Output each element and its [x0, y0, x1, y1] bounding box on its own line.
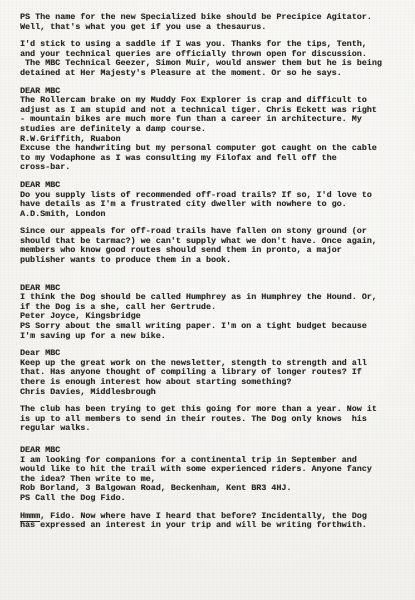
reply-specialized-bike: PS The name for the new Specialized bike…	[20, 13, 402, 32]
letter-continental-trip: DEAR MBC I am looking for companions for…	[20, 446, 402, 504]
reply-saddle-tips: I'd stick to using a saddle if I was you…	[20, 40, 402, 78]
page-body: PS The name for the new Specialized bike…	[20, 13, 402, 531]
reply-offroad-trails: Since our appeals for off-road trails ha…	[20, 227, 402, 265]
scanned-letters-page: PS The name for the new Specialized bike…	[0, 0, 415, 600]
letter-dog-name: DEAR MBC I think the Dog should be calle…	[20, 284, 402, 342]
letter-offroad-trails: DEAR MBC Do you supply lists of recommen…	[20, 181, 402, 219]
reply-fido: Hmmm, Fido. Now where have I heard that …	[20, 512, 402, 531]
letter-newsletter-routes: Dear MBC Keep up the great work on the n…	[20, 349, 402, 397]
letter-rollercam-brake: DEAR MBC The Rollercam brake on my Muddy…	[20, 87, 402, 173]
reply-club-routes: The club has been trying to get this goi…	[20, 405, 402, 434]
underlined-word: Hmmm	[20, 511, 40, 523]
